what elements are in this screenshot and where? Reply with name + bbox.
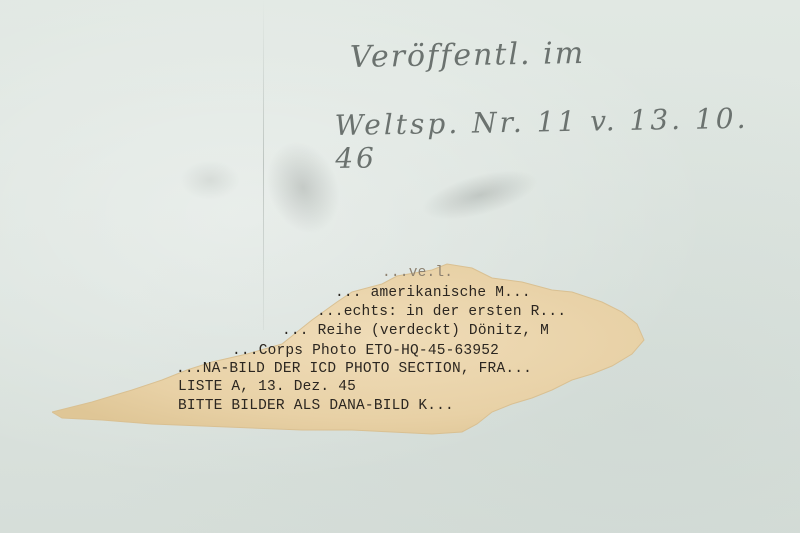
- handwritten-note-line-1: Veröffentl. im: [350, 36, 586, 75]
- caption-line: BITTE BILDER ALS DANA-BILD K...: [178, 399, 454, 414]
- caption-line: ...NA-BILD DER ICD PHOTO SECTION, FRA...: [176, 362, 532, 377]
- caption-line: ...ve.l.: [382, 266, 453, 281]
- handwritten-note-line-2: Weltsp. Nr. 11 v. 13. 10. 46: [334, 101, 800, 175]
- caption-line: LISTE A, 13. Dez. 45: [178, 380, 356, 395]
- caption-line: ... Reihe (verdeckt) Dönitz, M: [282, 324, 549, 339]
- pencil-smudge: [180, 160, 240, 200]
- caption-line: ...Corps Photo ETO-HQ-45-63952: [232, 344, 499, 359]
- caption-line: ...echts: in der ersten R...: [317, 305, 566, 320]
- caption-line: ... amerikanische M...: [335, 286, 531, 301]
- torn-caption-slip: ...ve.l. ... amerikanische M... ...echts…: [52, 262, 652, 440]
